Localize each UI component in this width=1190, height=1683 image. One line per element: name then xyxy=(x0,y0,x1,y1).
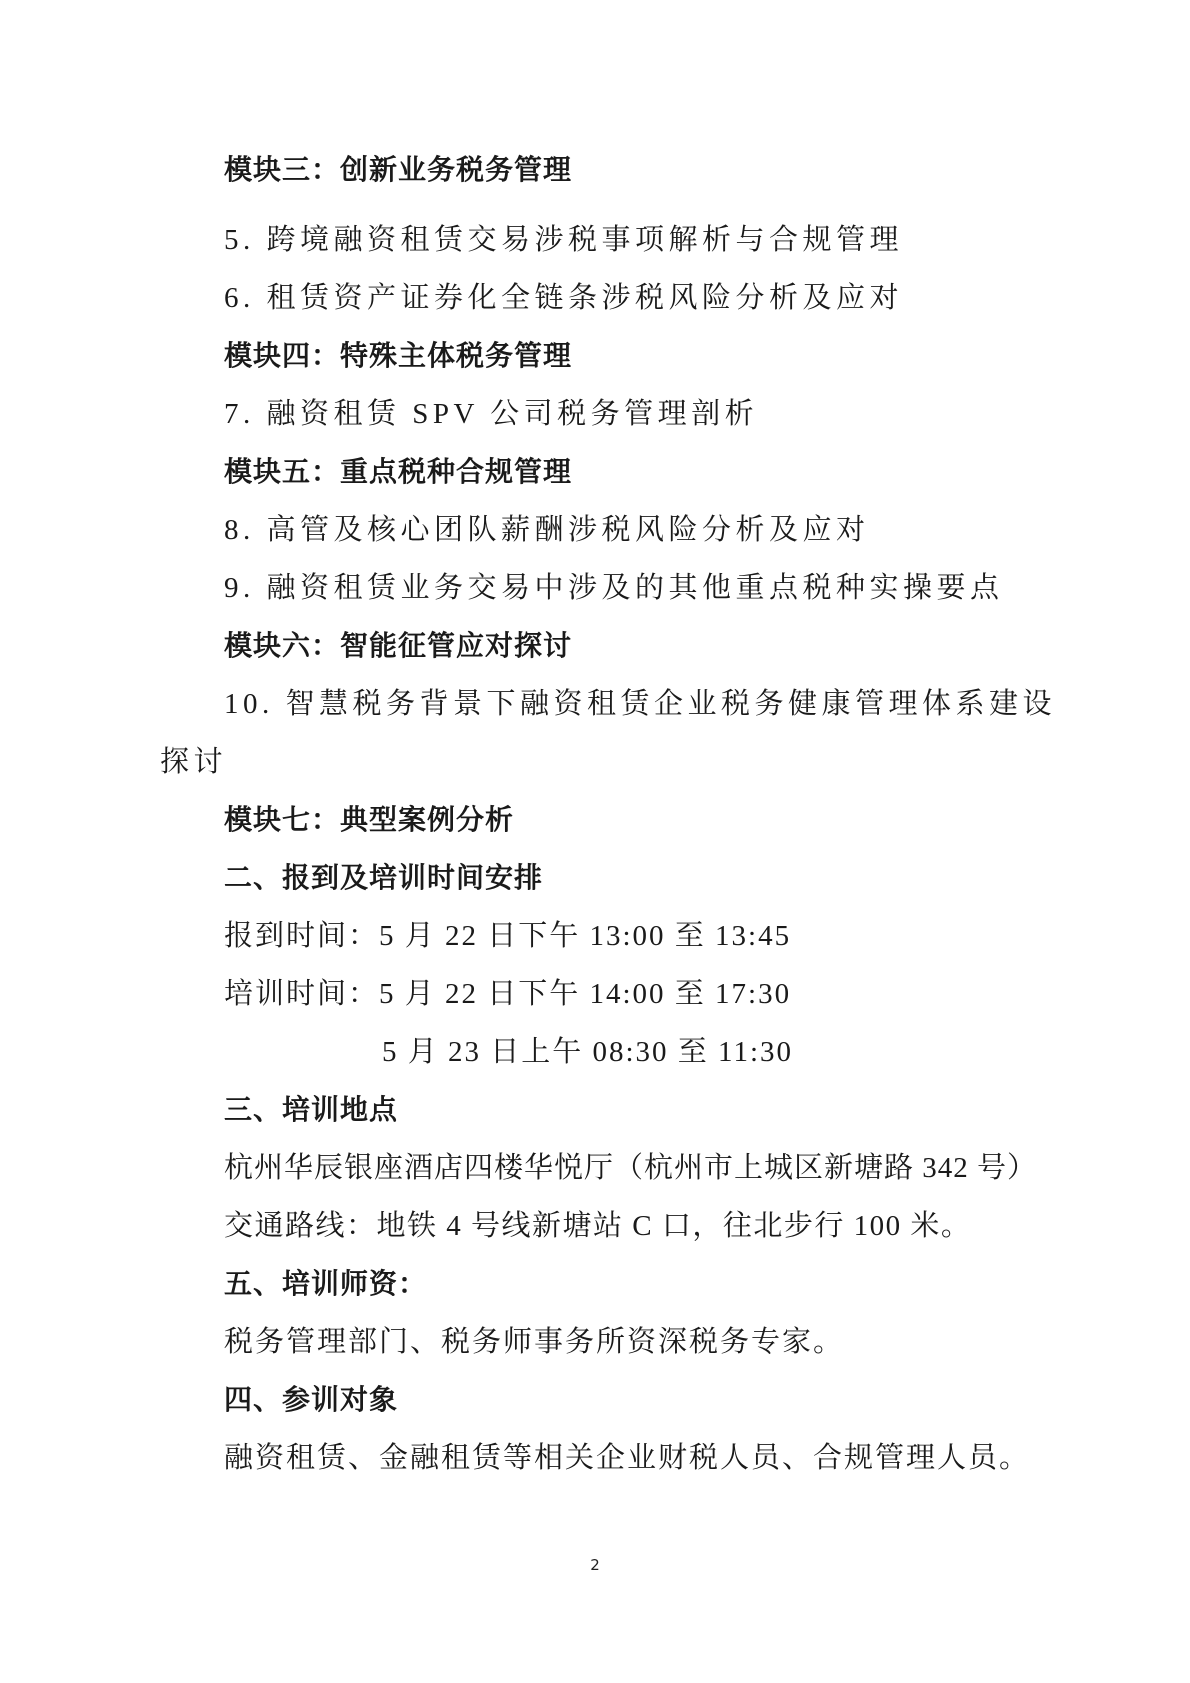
list-item-10: 10. 智慧税务背景下融资租赁企业税务健康管理体系建设 xyxy=(0,675,1190,733)
venue-address: 杭州华辰银座酒店四楼华悦厅（杭州市上城区新塘路 342 号） xyxy=(0,1139,1190,1197)
list-item-10-continued: 探讨 xyxy=(0,733,1190,791)
list-item-8: 8. 高管及核心团队薪酬涉税风险分析及应对 xyxy=(0,501,1190,559)
training-time-day1: 培训时间：5 月 22 日下午 14:00 至 17:30 xyxy=(0,965,1190,1023)
participants-text: 融资租赁、金融租赁等相关企业财税人员、合规管理人员。 xyxy=(0,1429,1190,1487)
list-item-7: 7. 融资租赁 SPV 公司税务管理剖析 xyxy=(0,385,1190,443)
module-3-heading: 模块三：创新业务税务管理 xyxy=(0,141,1190,199)
list-item-6: 6. 租赁资产证券化全链条涉税风险分析及应对 xyxy=(0,269,1190,327)
section-instructors-heading: 五、培训师资： xyxy=(0,1255,1190,1313)
list-item-9: 9. 融资租赁业务交易中涉及的其他重点税种实操要点 xyxy=(0,559,1190,617)
registration-time: 报到时间：5 月 22 日下午 13:00 至 13:45 xyxy=(0,907,1190,965)
module-4-heading: 模块四：特殊主体税务管理 xyxy=(0,327,1190,385)
section-participants-heading: 四、参训对象 xyxy=(0,1371,1190,1429)
transport-route: 交通路线：地铁 4 号线新塘站 C 口，往北步行 100 米。 xyxy=(0,1197,1190,1255)
module-6-heading: 模块六：智能征管应对探讨 xyxy=(0,617,1190,675)
list-item-5: 5. 跨境融资租赁交易涉税事项解析与合规管理 xyxy=(0,211,1190,269)
section-schedule-heading: 二、报到及培训时间安排 xyxy=(0,849,1190,907)
section-venue-heading: 三、培训地点 xyxy=(0,1081,1190,1139)
module-7-heading: 模块七：典型案例分析 xyxy=(0,791,1190,849)
module-5-heading: 模块五：重点税种合规管理 xyxy=(0,443,1190,501)
instructors-text: 税务管理部门、税务师事务所资深税务专家。 xyxy=(0,1313,1190,1371)
training-time-day2: 5 月 23 日上午 08:30 至 11:30 xyxy=(0,1023,1190,1081)
page-number: 2 xyxy=(0,1556,1190,1574)
